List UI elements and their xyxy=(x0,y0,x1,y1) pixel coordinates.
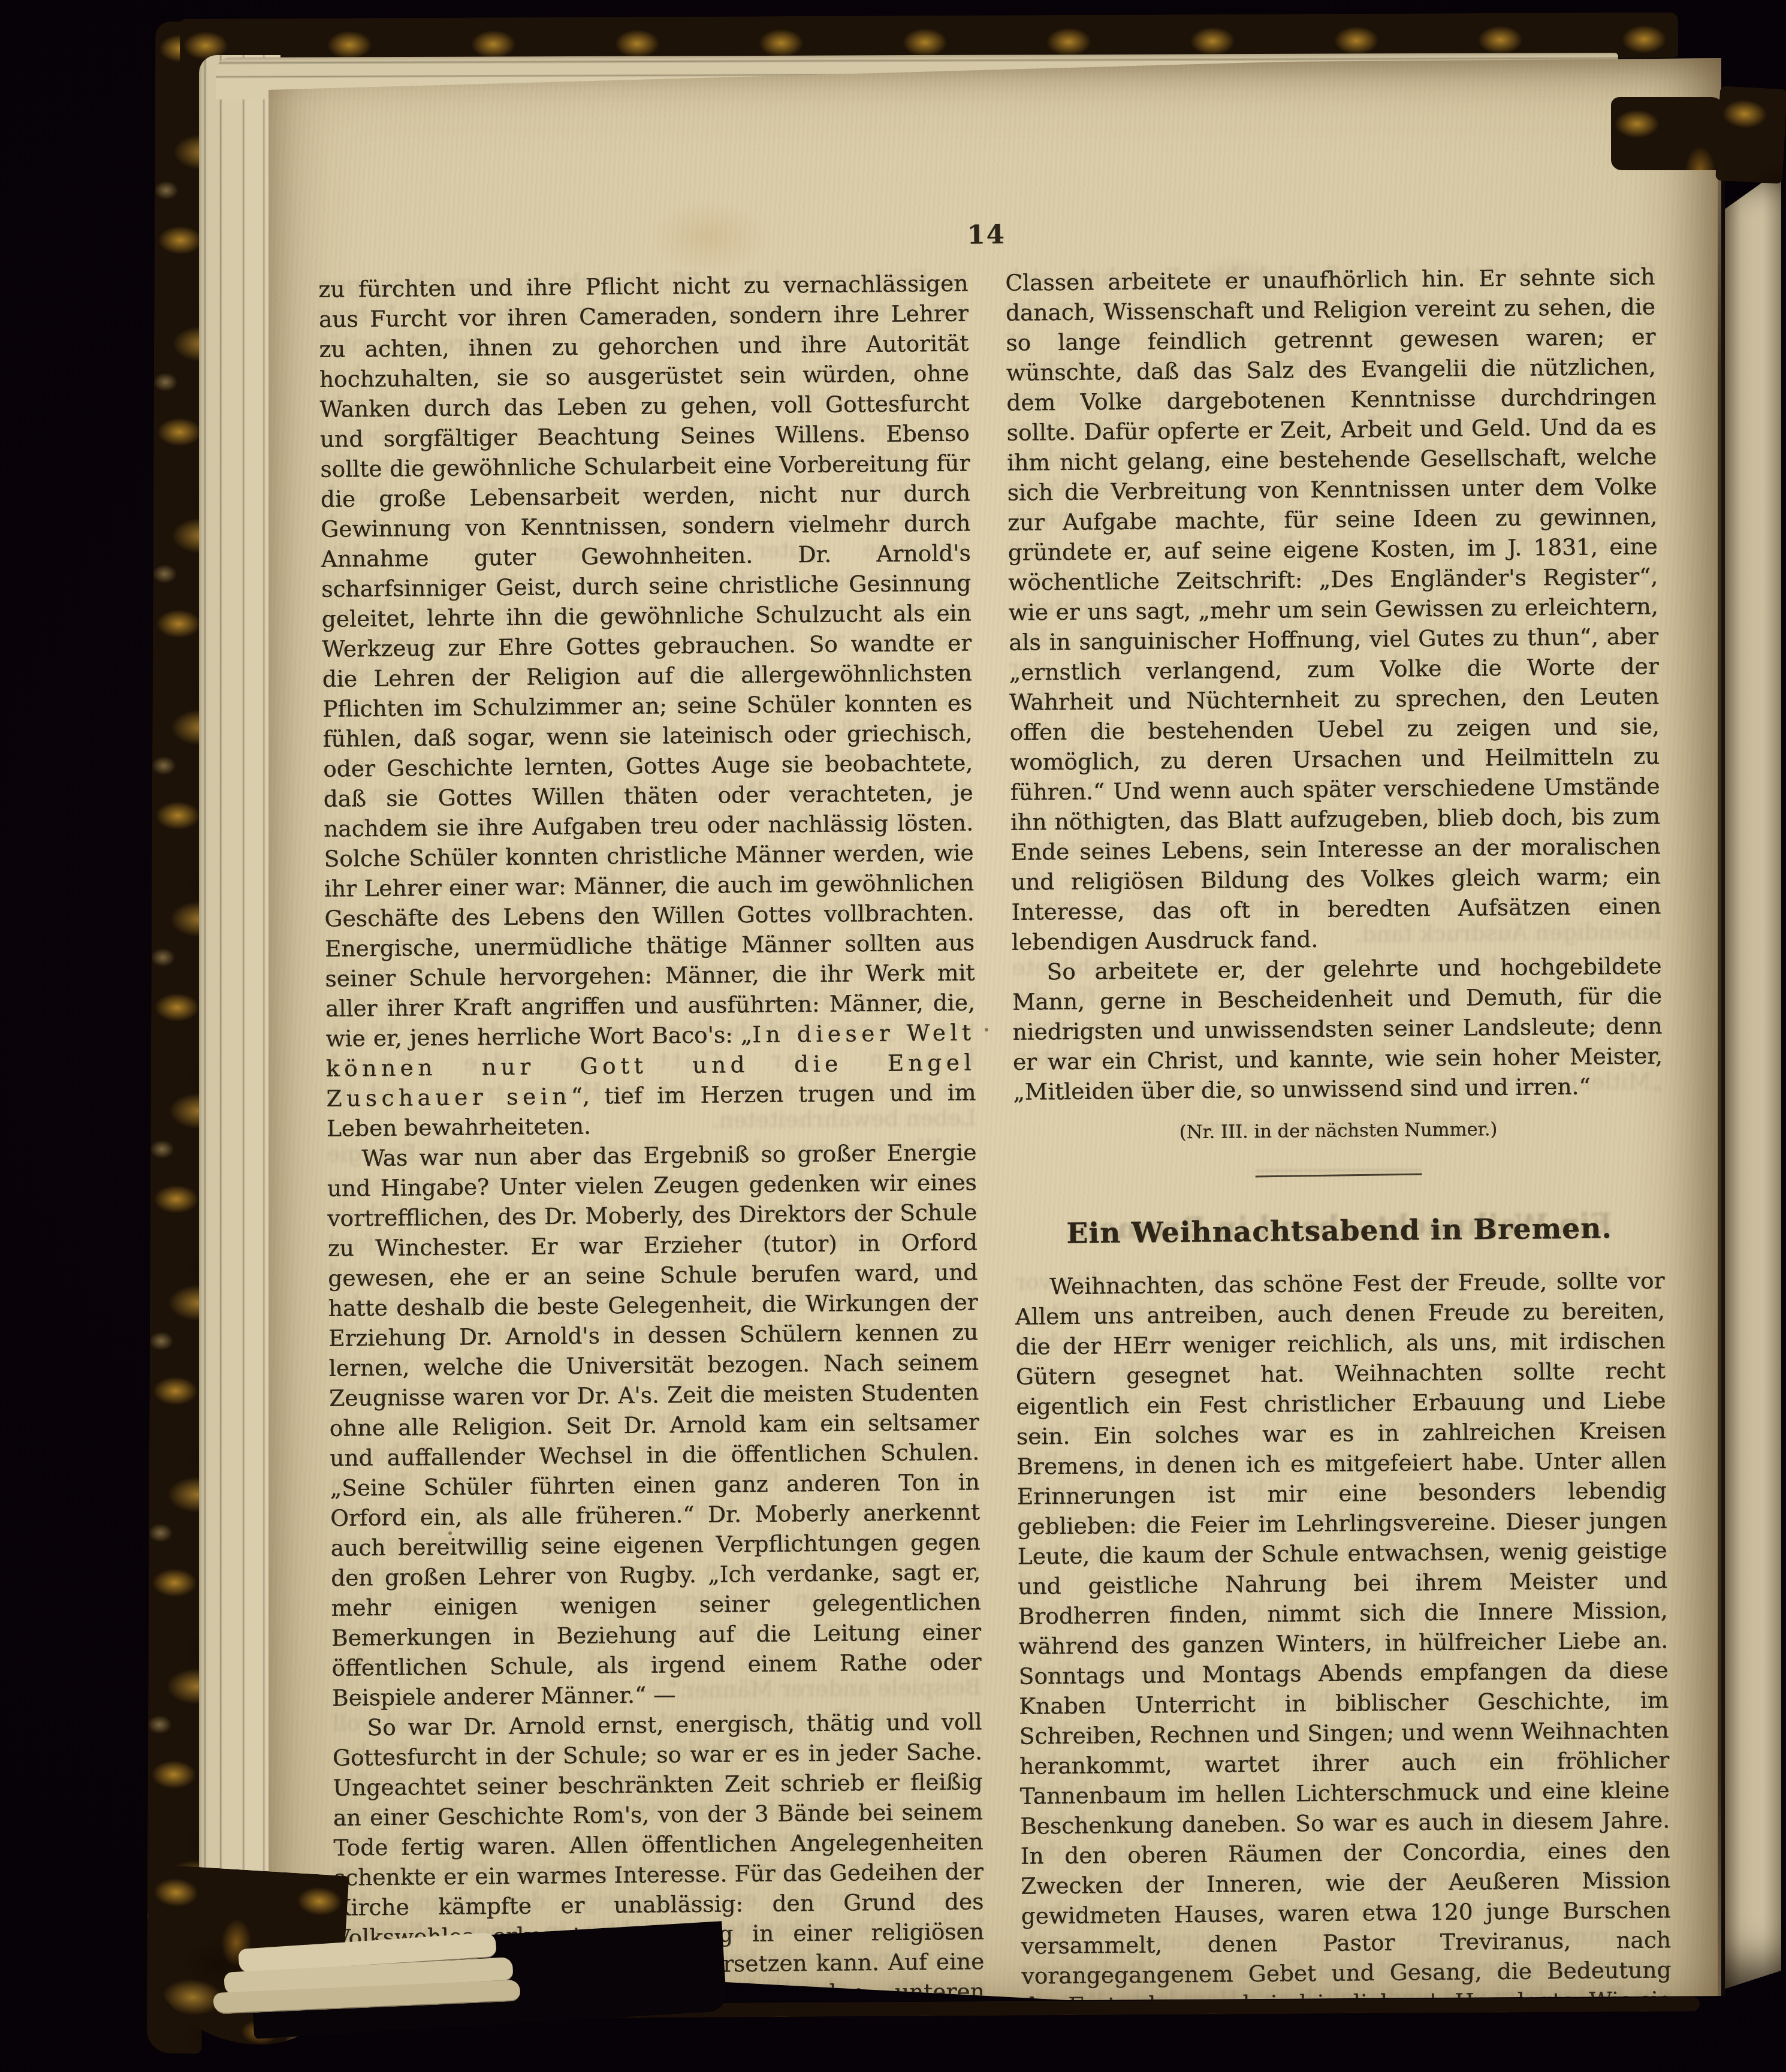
photo-of-open-book: { "colors": { "paper": "#d9cba7", "ink":… xyxy=(0,0,1786,2072)
printed-text-area: 14 zu fürchten und ihre Pflicht nicht zu… xyxy=(318,213,1672,2057)
paragraph: Classen arbeitete er unaufhörlich hin. E… xyxy=(1005,261,1661,957)
paragraph: Weihnachten, das schöne Fest der Freude,… xyxy=(1015,1265,1672,2050)
text-run: zu fürchten und ihre Pflicht nicht zu ve… xyxy=(318,270,975,1051)
book-cover-corner-top-right xyxy=(1611,97,1725,170)
right-column-text: Classen arbeitete er unaufhörlich hin. E… xyxy=(1005,261,1672,2050)
page-number: 14 xyxy=(318,213,1654,256)
page-stack-left-edges xyxy=(199,55,280,2009)
binding-gutter-shadow xyxy=(1718,150,1725,1996)
article-heading: Ein Weihnachtsabend in Bremen. xyxy=(1014,1211,1664,1251)
text-run: Classen arbeitete er unaufhörlich hin. E… xyxy=(1005,263,1661,955)
text-run: So arbeitete er, der gelehrte und hochge… xyxy=(1012,952,1663,1105)
book-page: 14 zu fürchten und ihre Pflicht nicht zu… xyxy=(268,57,1721,2002)
text-run: Weihnachten, das schöne Fest der Freude,… xyxy=(1015,1267,1672,2049)
paragraph: zu fürchten und ihre Pflicht nicht zu ve… xyxy=(318,268,976,1143)
left-column-text: zu fürchten und ihre Pflicht nicht zu ve… xyxy=(318,268,985,2012)
two-column-layout: zu fürchten und ihre Pflicht nicht zu ve… xyxy=(318,261,1672,2057)
book-cover-corner-top-right-2 xyxy=(1715,86,1786,184)
right-column: Classen arbeitete er unaufhörlich hin. E… xyxy=(1005,261,1672,2050)
paragraph: Was war nun aber das Ergebniß so großer … xyxy=(327,1137,982,1712)
left-column: zu fürchten und ihre Pflicht nicht zu ve… xyxy=(318,268,985,2012)
paragraph: So arbeitete er, der gelehrte und hochge… xyxy=(1012,951,1663,1106)
text-run: Was war nun aber das Ergebniß so großer … xyxy=(327,1139,982,1711)
section-divider xyxy=(1256,1173,1422,1177)
facing-page-edge xyxy=(1725,169,1781,1989)
continuation-note: (Nr. III. in der nächsten Nummer.) xyxy=(1013,1116,1663,1146)
